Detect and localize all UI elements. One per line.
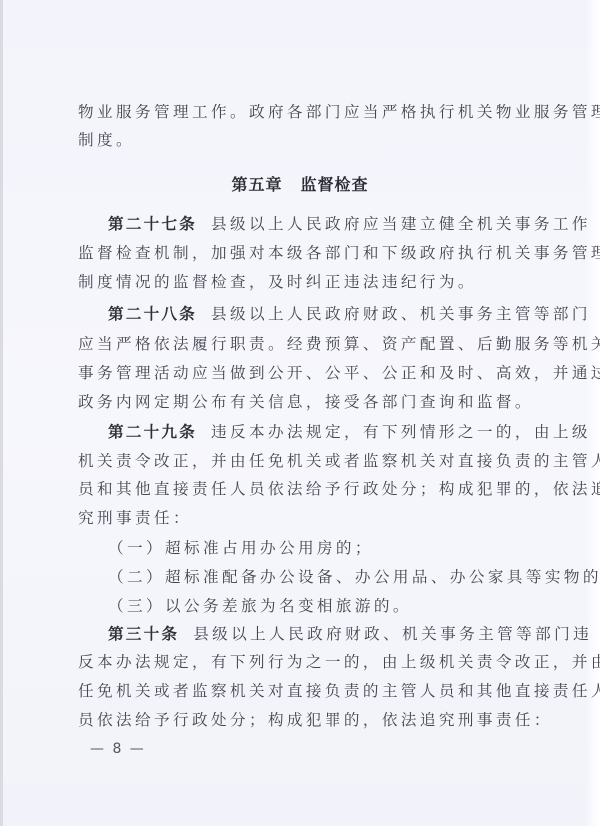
article-27-line-2: 监督检查机制，加强对本级各部门和下级政府执行机关事务管理 [78, 243, 508, 263]
document-page: 物业服务管理工作。政府各部门应当严格执行机关物业服务管理 制度。 第五章监督检查… [0, 0, 600, 826]
chapter-title: 监督检查 [301, 175, 369, 194]
article-29-item-1: （一）超标准占用办公用房的； [108, 538, 508, 558]
article-27-line-3: 制度情况的监督检查，及时纠正违法违纪行为。 [78, 272, 508, 292]
article-28-text-1: 县级以上人民政府财政、机关事务主管等部门 [211, 305, 591, 323]
continuation-line-1: 物业服务管理工作。政府各部门应当严格执行机关物业服务管理 [78, 102, 508, 122]
article-30-line-4: 员依法给予行政处分；构成犯罪的，依法追究刑事责任： [78, 710, 508, 730]
article-29-line-2: 机关责令改正，并由任免机关或者监察机关对直接负责的主管人 [78, 451, 508, 471]
article-29-title: 第二十九条 [108, 423, 197, 441]
article-27-text-1: 县级以上人民政府应当建立健全机关事务工作 [211, 215, 591, 233]
article-29-item-2: （二）超标准配备办公设备、办公用品、办公家具等实物的； [108, 567, 508, 587]
chapter-heading: 第五章监督检查 [0, 172, 600, 195]
article-28-line-2: 应当严格依法履行职责。经费预算、资产配置、后勤服务等机关 [78, 334, 508, 354]
article-28-line-1: 第二十八条县级以上人民政府财政、机关事务主管等部门 [108, 304, 508, 324]
page-left-edge [0, 0, 3, 826]
article-28-line-4: 政务内网定期公布有关信息，接受各部门查询和监督。 [78, 392, 508, 412]
page-right-edge [586, 0, 600, 826]
article-29-line-4: 究刑事责任： [78, 508, 508, 528]
article-27-title: 第二十七条 [108, 215, 197, 233]
article-30-text-1: 县级以上人民政府财政、机关事务主管等部门违 [193, 625, 592, 643]
article-30-line-1: 第三十条县级以上人民政府财政、机关事务主管等部门违 [108, 624, 508, 644]
page-number: — 8 — [90, 741, 146, 757]
article-29-text-1: 违反本办法规定，有下列情形之一的，由上级 [211, 423, 591, 441]
article-28-line-3: 事务管理活动应当做到公开、公平、公正和及时、高效，并通过 [78, 363, 508, 383]
article-28-title: 第二十八条 [108, 305, 197, 323]
chapter-number: 第五章 [231, 175, 282, 194]
continuation-line-2: 制度。 [78, 130, 508, 150]
article-30-line-3: 任免机关或者监察机关对直接负责的主管人员和其他直接责任人 [78, 681, 508, 701]
article-30-title: 第三十条 [108, 625, 179, 643]
article-29-line-3: 员和其他直接责任人员依法给予行政处分；构成犯罪的，依法追 [78, 479, 508, 499]
article-30-line-2: 反本办法规定，有下列行为之一的，由上级机关责令改正，并由 [78, 652, 508, 672]
article-27-line-1: 第二十七条县级以上人民政府应当建立健全机关事务工作 [108, 214, 508, 234]
article-29-line-1: 第二十九条违反本办法规定，有下列情形之一的，由上级 [108, 422, 508, 442]
article-29-item-3: （三）以公务差旅为名变相旅游的。 [108, 596, 508, 616]
